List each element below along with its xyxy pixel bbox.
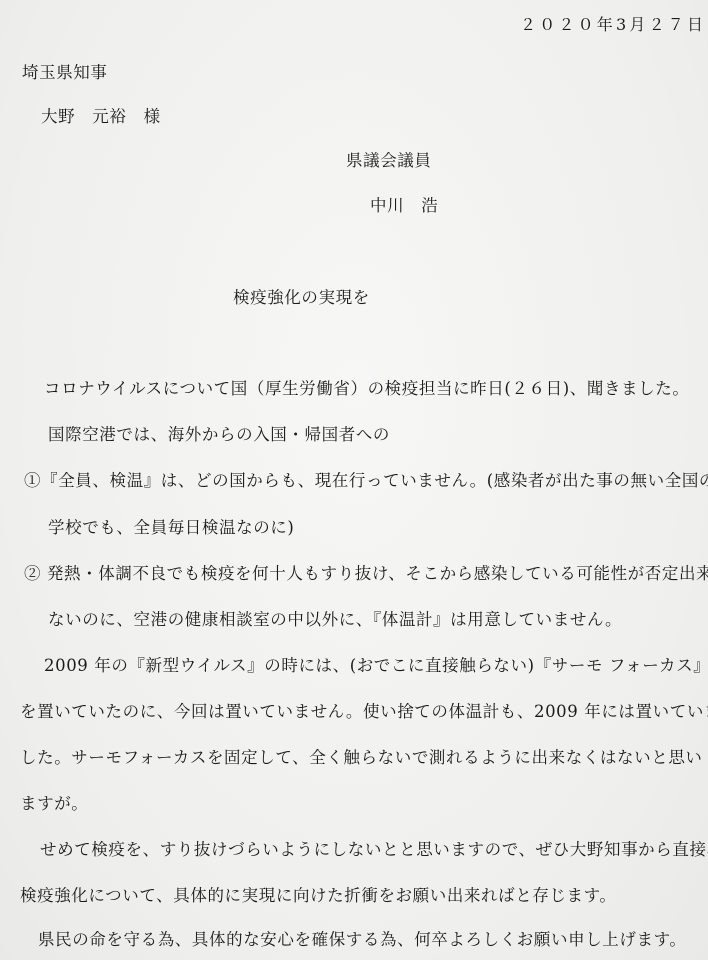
closing-paragraph: 県民の命を守る為、具体的な安心を確保する為、何卒よろしくお願い申し上げます。 xyxy=(38,929,686,951)
paragraph-3-line-3: した。サーモフォーカスを固定して、全く触らないで測れるように出来なくはないと思い xyxy=(20,747,703,769)
paragraph-3-line-4: ますが。 xyxy=(20,793,88,815)
item-1-line-2: 学校でも、全員毎日検温なのに) xyxy=(48,517,294,539)
sender-name: 中川 浩 xyxy=(370,195,438,217)
sender-title: 県議会議員 xyxy=(346,150,432,172)
paragraph-3-line-2: を置いていたのに、今回は置いていません。使い捨ての体温計も、2009 年には置い… xyxy=(20,701,708,723)
letter-subject: 検疫強化の実現を xyxy=(233,287,370,309)
item-1-line-1: ①『全員、検温』は、どの国からも、現在行っていません。(感染者が出た事の無い全国… xyxy=(24,470,708,492)
intro-paragraph: コロナウイルスについて国（厚生労働省）の検疫担当に昨日(２６日)、聞きました。 xyxy=(44,378,689,400)
letter-page: ２０２０年3月２７日 埼玉県知事 大野 元裕 様 県議会議員 中川 浩 検疫強化… xyxy=(0,0,708,960)
letter-date: ２０２０年3月２７日 xyxy=(520,14,706,36)
item-2-line-2: ないのに、空港の健康相談室の中以外に、『体温計』は用意していません。 xyxy=(48,609,622,631)
recipient-title: 埼玉県知事 xyxy=(22,62,108,84)
paragraph-3-line-1: 2009 年の『新型ウイルス』の時には、(おでこに直接触らない)『サーモ フォー… xyxy=(44,655,708,677)
lead-paragraph: 国際空港では、海外からの入国・帰国者への xyxy=(48,424,390,446)
recipient-name: 大野 元裕 様 xyxy=(41,106,161,128)
paragraph-4-line-1: せめて検疫を、すり抜けづらいようにしないとと思いますので、ぜひ大野知事から直接、 xyxy=(40,839,708,861)
item-2-line-1: ② 発熱・体調不良でも検疫を何十人もすり抜け、そこから感染している可能性が否定出… xyxy=(24,563,708,585)
paragraph-4-line-2: 検疫強化について、具体的に実現に向けた折衝をお願い出来ればと存じます。 xyxy=(20,885,617,907)
